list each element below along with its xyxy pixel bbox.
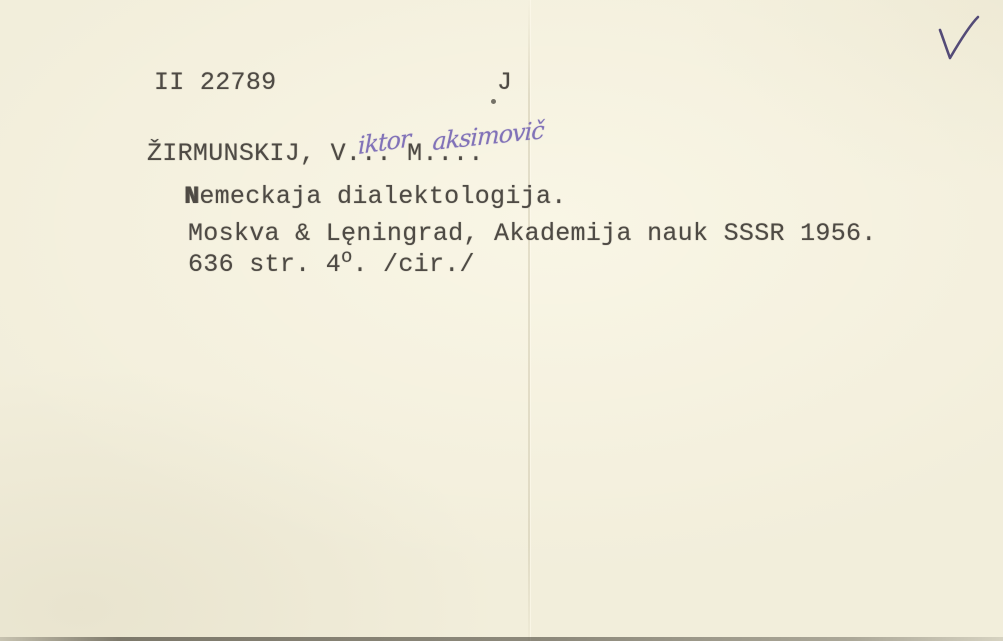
- collation-pre: 636 str. 4: [188, 250, 341, 279]
- title-overstruck-char: N: [184, 182, 199, 211]
- catalog-card: II 22789 J ŽIRMUNSKIJ, V... M.... iktor …: [0, 0, 1003, 641]
- collation-superscript: o: [341, 244, 352, 270]
- checkmark-icon: [933, 14, 985, 68]
- scan-edge: [0, 637, 1003, 641]
- collation-post: . /cir./: [352, 250, 474, 279]
- collation-line: 636 str. 4o. /cir./: [188, 244, 475, 278]
- card-crease: [528, 0, 530, 641]
- ink-speck: [491, 99, 496, 104]
- section-letter: J: [497, 70, 512, 96]
- title-line: Nemeckaja dialektologija.: [184, 184, 567, 210]
- title-text: emeckaja dialektologija.: [199, 182, 566, 211]
- call-number: II 22789: [154, 70, 276, 96]
